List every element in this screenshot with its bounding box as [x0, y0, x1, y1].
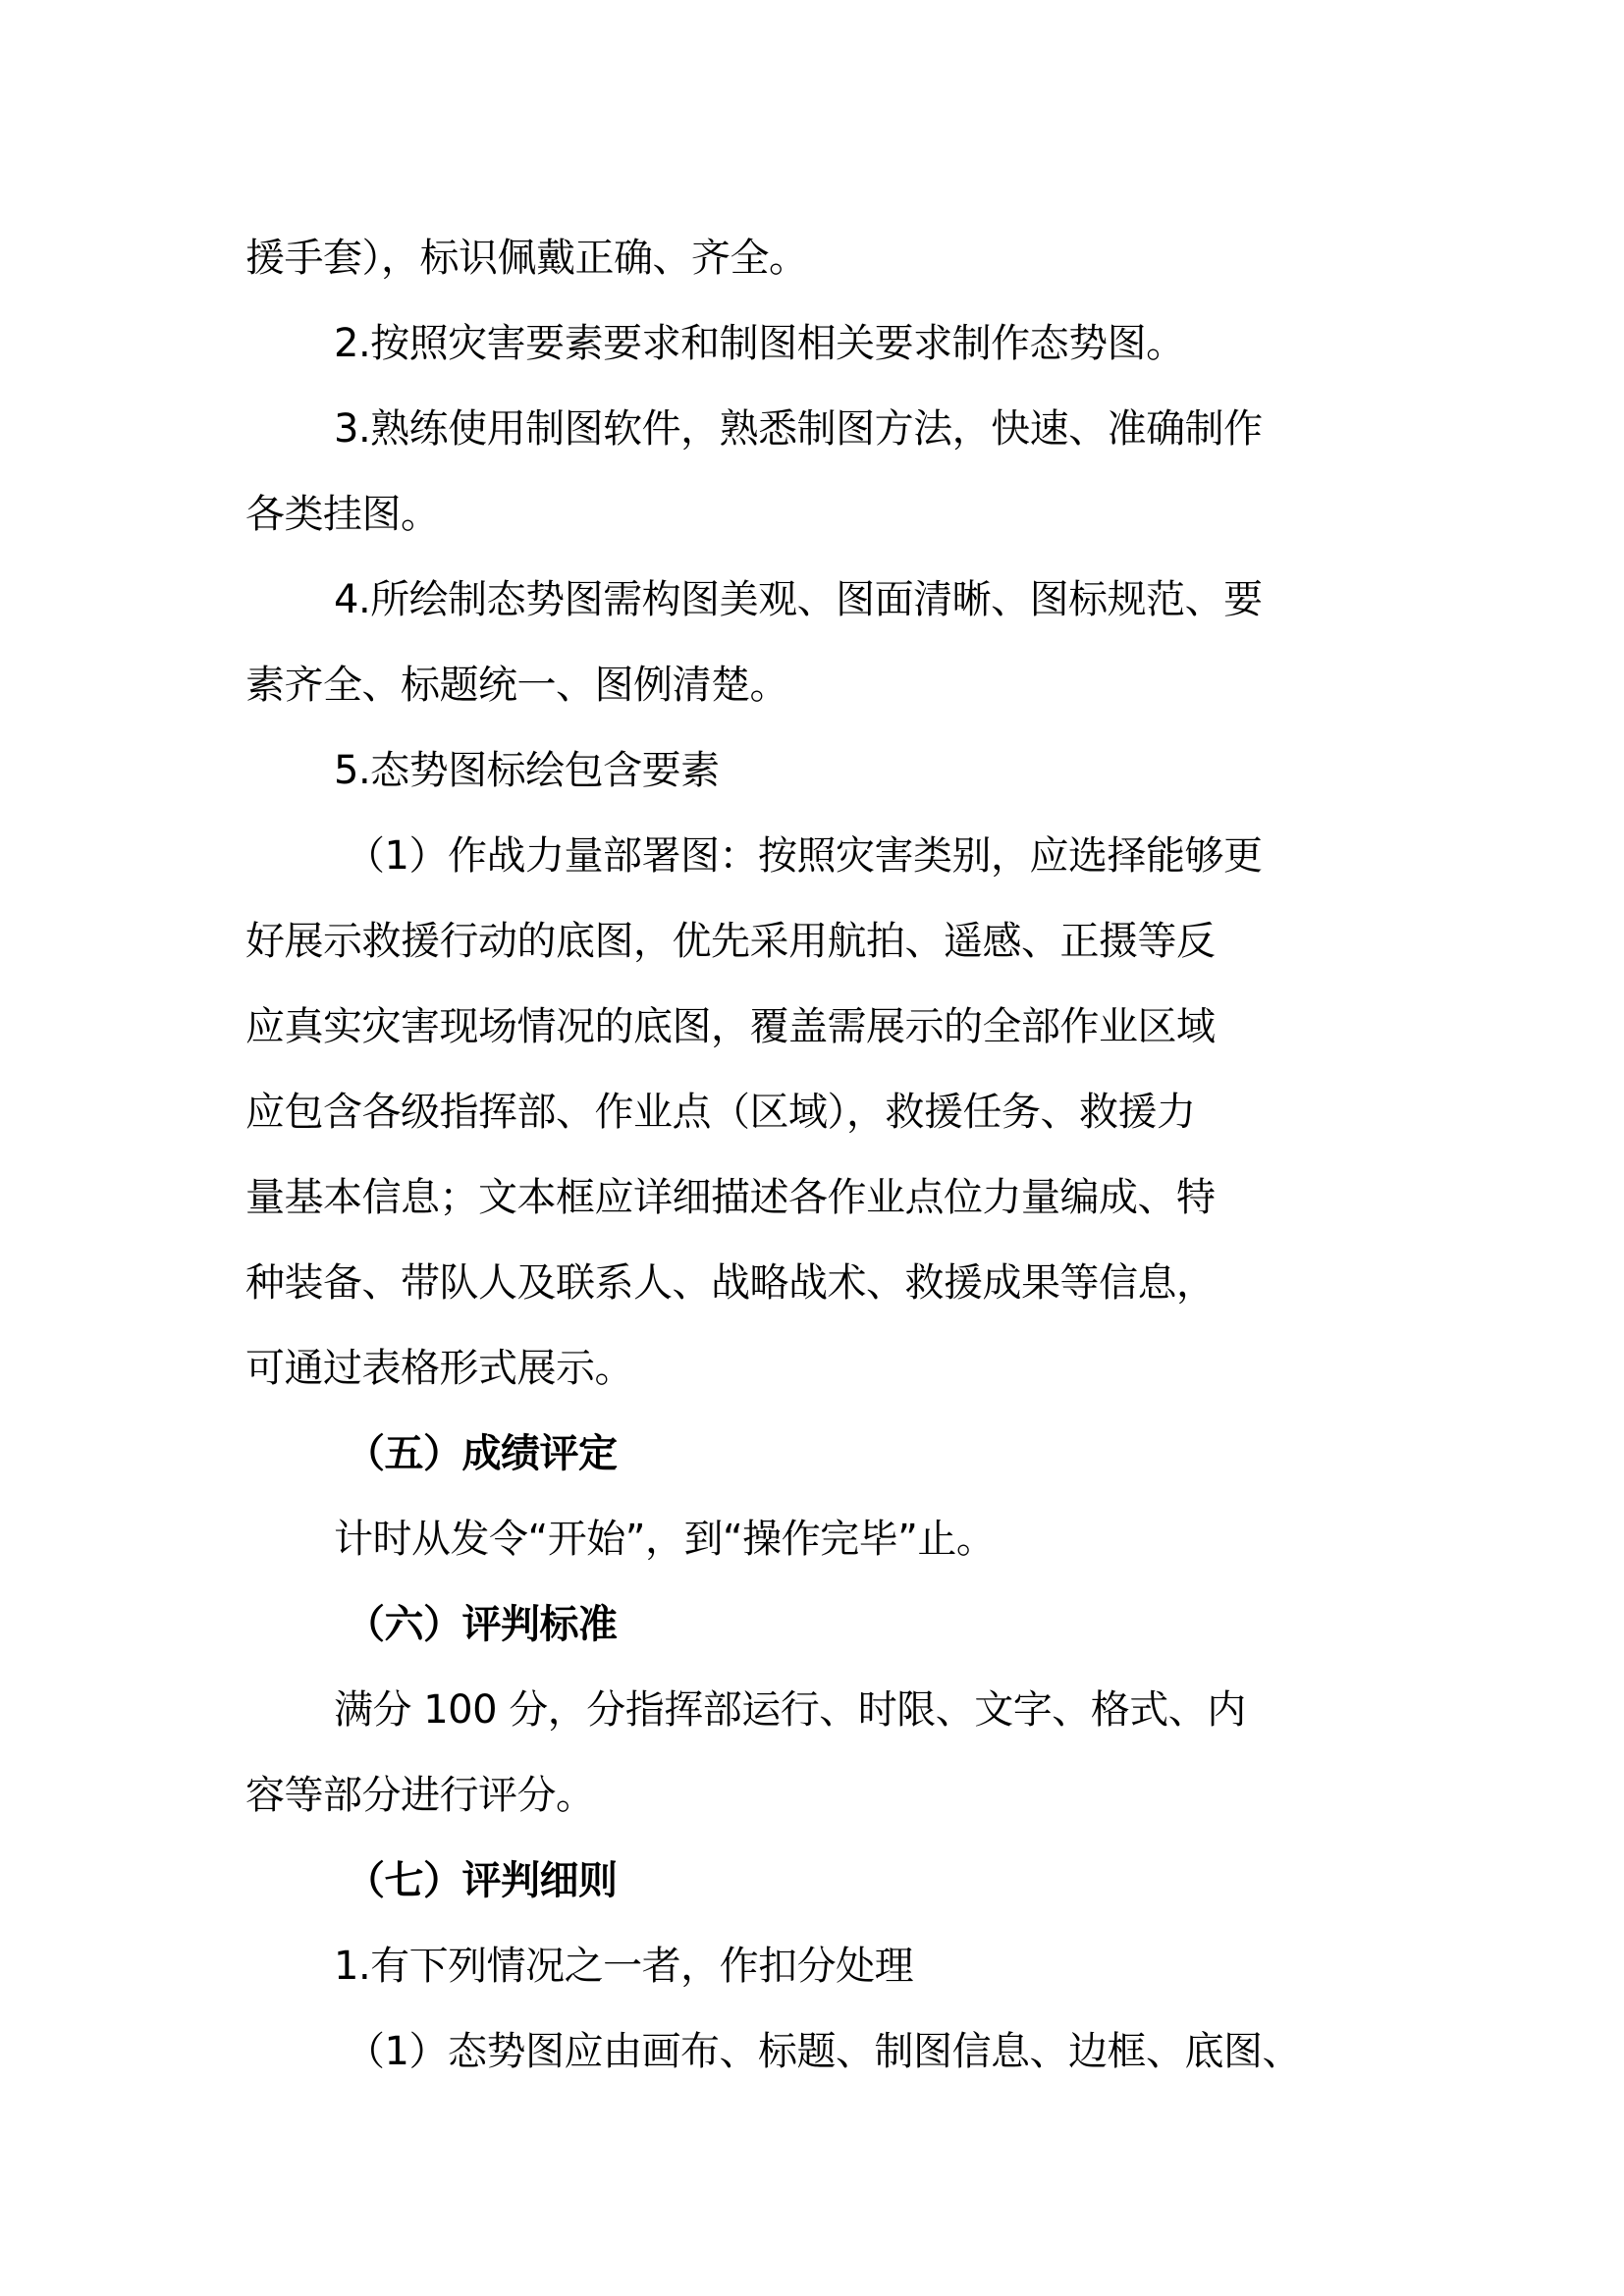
paragraph-line: 容等部分进行评分。	[245, 1771, 595, 1820]
paragraph-line: 素齐全、标题统一、图例清楚。	[245, 661, 788, 710]
paragraph-line: 应包含各级指挥部、作业点（区域），救援任务、救援力	[245, 1088, 1196, 1137]
list-item-5: 5.态势图标绘包含要素	[334, 746, 720, 795]
sub-item-1: （1）作战力量部署图：按照灾害类别，应选择能够更	[346, 831, 1262, 881]
paragraph-line: 各类挂图。	[245, 490, 440, 539]
list-item-4: 4.所绘制态势图需构图美观、图面清晰、图标规范、要	[334, 575, 1263, 624]
paragraph-line: 好展示救援行动的底图，优先采用航拍、遥感、正摄等反	[245, 917, 1216, 966]
paragraph-line: 应真实灾害现场情况的底图，覆盖需展示的全部作业区域	[245, 1002, 1216, 1051]
sub-item-1: （1）态势图应由画布、标题、制图信息、边框、底图、	[346, 2027, 1301, 2076]
paragraph-line: 计时从发令“开始”，到“操作完毕”止。	[334, 1515, 995, 1564]
document-page: 援手套），标识佩戴正确、齐全。 2.按照灾害要素要求和制图相关要求制作态势图。 …	[0, 0, 1624, 2296]
section-heading-5: （五）成绩评定	[346, 1429, 618, 1478]
paragraph-line: 满分 100 分，分指挥部运行、时限、文字、格式、内	[334, 1685, 1246, 1735]
list-item-3: 3.熟练使用制图软件，熟悉制图方法，快速、准确制作	[334, 404, 1263, 454]
paragraph-line: 援手套），标识佩戴正确、齐全。	[245, 234, 808, 283]
paragraph-line: 可通过表格形式展示。	[245, 1344, 633, 1393]
list-item-1: 1.有下列情况之一者，作扣分处理	[334, 1942, 913, 1991]
paragraph-line: 量基本信息；文本框应详细描述各作业点位力量编成、特	[245, 1173, 1216, 1222]
section-heading-7: （七）评判细则	[346, 1856, 618, 1905]
section-heading-6: （六）评判标准	[346, 1600, 618, 1649]
paragraph-line: 种装备、带队人及联系人、战略战术、救援成果等信息，	[245, 1258, 1216, 1308]
list-item-2: 2.按照灾害要素要求和制图相关要求制作态势图。	[334, 319, 1185, 368]
